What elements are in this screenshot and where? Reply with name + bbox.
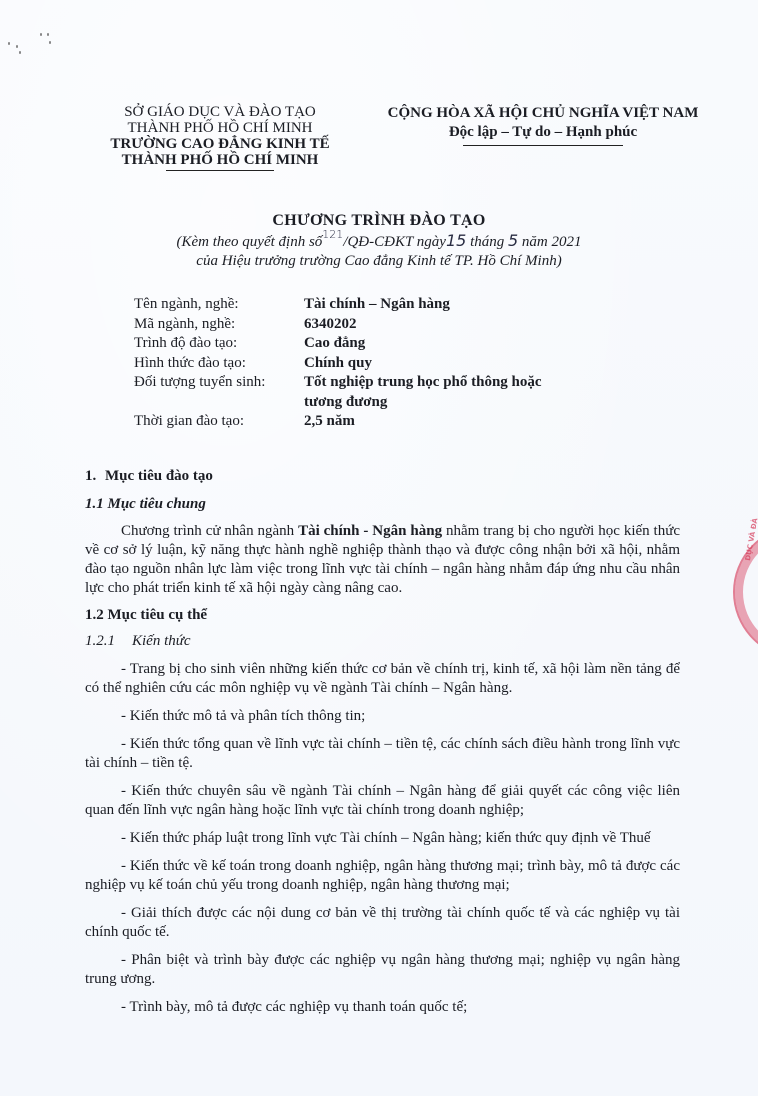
handwritten-month: 5 bbox=[508, 231, 518, 250]
info-value: Chính quy bbox=[304, 354, 564, 374]
section-heading-1: 1.Mục tiêu đào tạo bbox=[85, 467, 680, 486]
program-info-table: Tên ngành, nghề: Tài chính – Ngân hàng M… bbox=[134, 295, 564, 432]
header-right-underline bbox=[463, 145, 623, 146]
document-title: CHƯƠNG TRÌNH ĐÀO TẠO bbox=[0, 212, 758, 230]
section-title: Mục tiêu đào tạo bbox=[105, 468, 213, 484]
section-heading-1-2-1: 1.2.1Kiến thức bbox=[85, 632, 680, 651]
issuing-authority-header: SỞ GIÁO DỤC VÀ ĐÀO TẠO THÀNH PHỐ HỒ CHÍ … bbox=[100, 104, 340, 171]
info-value: Tốt nghiệp trung học phổ thông hoặc tươn… bbox=[304, 373, 564, 412]
country-name: CỘNG HÒA XÃ HỘI CHỦ NGHĨA VIỆT NAM bbox=[384, 104, 702, 123]
school-name-line-1: TRƯỜNG CAO ĐẲNG KINH TẾ bbox=[100, 136, 340, 152]
document-subtitle: (Kèm theo quyết định số121/QĐ-CĐKT ngày1… bbox=[0, 231, 758, 271]
authority-line-1: SỞ GIÁO DỤC VÀ ĐÀO TẠO bbox=[100, 104, 340, 120]
info-value: Tài chính – Ngân hàng bbox=[304, 295, 564, 315]
knowledge-item: - Kiến thức mô tả và phân tích thông tin… bbox=[85, 707, 680, 726]
info-row: Đối tượng tuyển sinh: Tốt nghiệp trung h… bbox=[134, 373, 564, 412]
info-label: Thời gian đào tạo: bbox=[134, 412, 304, 432]
section-heading-1-2: 1.2 Mục tiêu cụ thể bbox=[85, 606, 680, 625]
info-label: Trình độ đào tạo: bbox=[134, 334, 304, 354]
info-value: Cao đẳng bbox=[304, 334, 564, 354]
school-name-line-2: THÀNH PHỐ HỒ CHÍ MINH bbox=[100, 152, 340, 168]
authority-line-2: THÀNH PHỐ HỒ CHÍ MINH bbox=[100, 120, 340, 136]
info-value: 6340202 bbox=[304, 315, 564, 335]
section-heading-1-1: 1.1 Mục tiêu chung bbox=[85, 495, 680, 514]
paragraph-emphasis: Tài chính - Ngân hàng bbox=[298, 523, 442, 539]
knowledge-item: - Kiến thức về kế toán trong doanh nghiệ… bbox=[85, 857, 680, 895]
header-left-underline bbox=[166, 170, 274, 171]
handwritten-decision-number: 121 bbox=[322, 228, 343, 241]
knowledge-item: - Trình bày, mô tả được các nghiệp vụ th… bbox=[85, 998, 680, 1017]
section-number: 1. bbox=[85, 467, 105, 486]
national-motto-header: CỘNG HÒA XÃ HỘI CHỦ NGHĨA VIỆT NAM Độc l… bbox=[384, 104, 702, 146]
subtitle-year: năm 2021 bbox=[522, 234, 582, 250]
info-value: 2,5 năm bbox=[304, 412, 564, 432]
info-row: Thời gian đào tạo: 2,5 năm bbox=[134, 412, 564, 432]
general-objective-paragraph: Chương trình cử nhân ngành Tài chính - N… bbox=[85, 522, 680, 598]
knowledge-item: - Kiến thức chuyên sâu về ngành Tài chín… bbox=[85, 782, 680, 820]
info-label: Mã ngành, nghề: bbox=[134, 315, 304, 335]
info-label: Hình thức đào tạo: bbox=[134, 354, 304, 374]
knowledge-item: - Kiến thức pháp luật trong lĩnh vực Tài… bbox=[85, 829, 680, 848]
paragraph-text: Chương trình cử nhân ngành bbox=[121, 523, 298, 539]
scan-artifacts bbox=[0, 20, 60, 60]
info-row: Hình thức đào tạo: Chính quy bbox=[134, 354, 564, 374]
section-number: 1.2.1 bbox=[85, 632, 132, 651]
info-row: Trình độ đào tạo: Cao đẳng bbox=[134, 334, 564, 354]
document-body: 1.Mục tiêu đào tạo 1.1 Mục tiêu chung Ch… bbox=[85, 467, 680, 1026]
knowledge-item: - Kiến thức tổng quan về lĩnh vực tài ch… bbox=[85, 735, 680, 773]
info-row: Tên ngành, nghề: Tài chính – Ngân hàng bbox=[134, 295, 564, 315]
subtitle-prefix: (Kèm theo quyết định số bbox=[176, 234, 322, 250]
knowledge-item: - Giải thích được các nội dung cơ bản về… bbox=[85, 904, 680, 942]
national-motto: Độc lập – Tự do – Hạnh phúc bbox=[384, 123, 702, 142]
subtitle-issuer: của Hiệu trưởng trường Cao đẳng Kinh tế … bbox=[0, 252, 758, 271]
knowledge-item: - Phân biệt và trình bày được các nghiệp… bbox=[85, 951, 680, 989]
handwritten-day: 15 bbox=[446, 231, 466, 250]
info-row: Mã ngành, nghề: 6340202 bbox=[134, 315, 564, 335]
document-page: SỞ GIÁO DỤC VÀ ĐÀO TẠO THÀNH PHỐ HỒ CHÍ … bbox=[0, 0, 758, 1096]
info-label: Tên ngành, nghề: bbox=[134, 295, 304, 315]
info-label: Đối tượng tuyển sinh: bbox=[134, 373, 304, 412]
subtitle-decision-code: /QĐ-CĐKT ngày bbox=[343, 234, 446, 250]
knowledge-item: - Trang bị cho sinh viên những kiến thức… bbox=[85, 660, 680, 698]
subtitle-month-label: tháng bbox=[470, 234, 504, 250]
section-title: Kiến thức bbox=[132, 633, 191, 649]
